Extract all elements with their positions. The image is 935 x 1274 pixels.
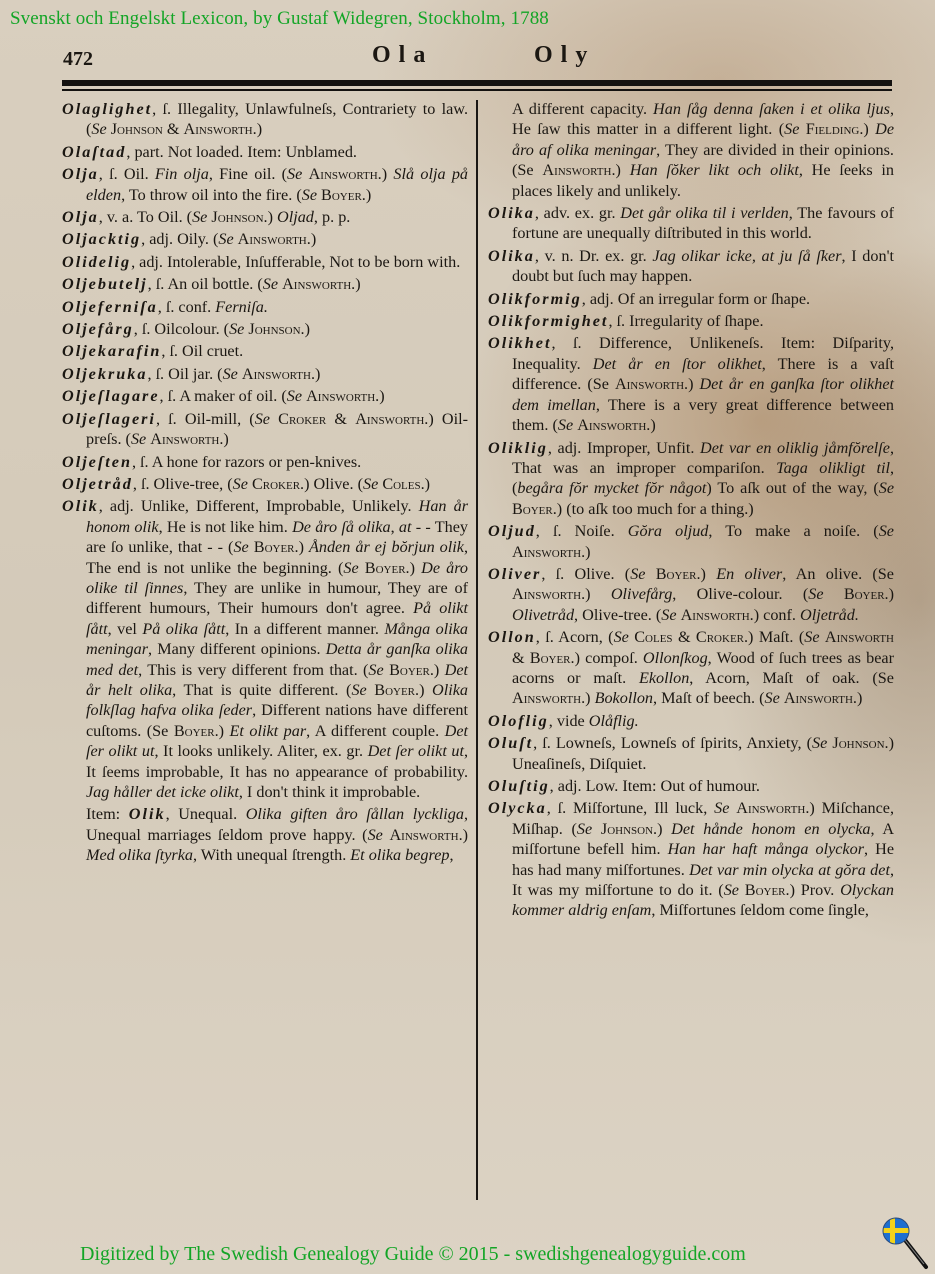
definition-text: , adj. Unlike, Different, Improbable, Un…	[99, 497, 419, 515]
definition-text: , This is very different from that. (	[138, 661, 368, 679]
headword: Olik	[62, 497, 99, 515]
definition-text: , That is quite different. (	[172, 681, 351, 699]
swedish-example: Taga olikligt til	[776, 459, 890, 477]
swedish-example: Se	[577, 820, 592, 838]
definition-text: , adj. Low. Item: Out of humour.	[550, 777, 760, 795]
definition-text: , p. p.	[314, 208, 350, 226]
swedish-example: Se	[368, 661, 383, 679]
dictionary-entry: Oljekruka, ſ. Oil jar. (Se Ainsworth.)	[62, 364, 468, 384]
swedish-example: Se	[229, 320, 244, 338]
source-reference: Boyer.	[512, 500, 557, 518]
swedish-example: Se	[765, 689, 780, 707]
definition-text: , adj. Oily. (	[141, 230, 218, 248]
swedish-example: Se	[714, 799, 729, 817]
definition-text: &	[673, 628, 696, 646]
source-reference: Boyer.	[389, 661, 434, 679]
definition-text: )	[857, 689, 862, 707]
dictionary-entry: Oljeſten, ſ. A hone for razors or pen-kn…	[62, 452, 468, 472]
definition-text: , An olive. (Se	[782, 565, 894, 583]
swedish-example: Jag olikar icke, at ju ſå ſker	[652, 247, 841, 265]
dictionary-entry: Oliver, ſ. Olive. (Se Boyer.) En oliver,…	[488, 564, 894, 625]
definition-text: )	[701, 565, 717, 583]
definition-text: , adj. Of an irregular form or ſhape.	[582, 290, 810, 308]
swedish-example: Bokollon	[595, 689, 653, 707]
swedish-example: Se	[558, 416, 573, 434]
definition-text	[645, 565, 655, 583]
headword: Olikhet	[488, 334, 551, 352]
swedish-example: Et olikt par	[230, 722, 307, 740]
dictionary-entry: Oljud, ſ. Noiſe. Gŏra oljud, To make a n…	[488, 521, 894, 562]
dictionary-entry: Olikhet, ſ. Difference, Unlikeneſs. Item…	[488, 333, 894, 435]
dictionary-entry: Olja, v. a. To Oil. (Se Johnson.) Oljad,…	[62, 207, 468, 227]
source-reference: Boyer.	[374, 681, 419, 699]
swedish-example: Olåflig.	[589, 712, 639, 730]
swedish-example: Gŏra oljud	[628, 522, 709, 540]
source-reference: Ainsworth.	[512, 543, 585, 561]
running-head: 472 Ola Oly	[0, 42, 935, 76]
source-reference: Boyer.	[844, 585, 889, 603]
definition-text: , vide	[549, 712, 589, 730]
source-reference: Boyer.	[174, 722, 219, 740]
dictionary-entry: Ollon, ſ. Acorn, (Se Coles & Croker.) Ma…	[488, 627, 894, 709]
swedish-flag-magnifier-icon	[880, 1215, 930, 1271]
source-reference: Croker.	[696, 628, 748, 646]
definition-text: )	[650, 416, 655, 434]
definition-text	[592, 820, 601, 838]
swedish-example: Olivefårg	[611, 585, 672, 603]
swedish-example: Det ſer olikt ut	[368, 742, 464, 760]
definition-text: , Acorn, Maſt of oak. (Se	[689, 669, 894, 687]
dictionary-entry: Olidelig, adj. Intolerable, Inſufferable…	[62, 252, 468, 272]
definition-text: ) Prov.	[790, 881, 841, 899]
definition-text: , adv. ex. gr.	[535, 204, 620, 222]
definition-text: , I don't think it improbable.	[239, 783, 420, 801]
definition-text: , ſ. A hone for razors or pen-knives.	[132, 453, 361, 471]
entry-continuation: Item: Olik, Unequal. Olika giften åro ſå…	[62, 804, 468, 865]
swedish-example: Se	[784, 120, 799, 138]
headword: Olja	[62, 165, 99, 183]
definition-text: )	[889, 585, 894, 603]
dictionary-entry: Oljacktig, adj. Oily. (Se Ainsworth.)	[62, 229, 468, 249]
definition-text: )	[585, 689, 594, 707]
headword: Oloflig	[488, 712, 549, 730]
source-reference: Johnson.	[832, 734, 888, 752]
headword: Olidelig	[62, 253, 131, 271]
entry-continuation: A different capacity. Han ſåg denna ſake…	[488, 99, 894, 201]
definition-text: , ſ. Oil jar. (	[147, 365, 222, 383]
definition-text: , Olive-tree. (	[574, 606, 661, 624]
swedish-example: Se	[302, 186, 317, 204]
definition-text: ) Olive. (	[304, 475, 363, 493]
definition-text: , ſ. conf.	[158, 298, 216, 316]
definition-text: )	[419, 681, 432, 699]
definition-text: , ſ. Olive. (	[541, 565, 630, 583]
headword: Oljeferniſa	[62, 298, 158, 316]
source-reference: Coles	[634, 628, 672, 646]
dictionary-entry: Oliklig, adj. Improper, Unfit. Det var e…	[488, 438, 894, 520]
definition-text: )	[257, 120, 262, 138]
swedish-example: Se	[287, 165, 302, 183]
swedish-example: Han ſŏker likt och olikt	[630, 161, 799, 179]
swedish-example: Det år en ſtor olikhet	[593, 355, 762, 373]
headword: Oljeſlageri	[62, 410, 156, 428]
guide-word-right: Oly	[534, 42, 595, 69]
definition-text: &	[512, 649, 530, 667]
source-reference: Ainsworth.	[306, 387, 379, 405]
definition-text: )	[425, 475, 430, 493]
source-reference: Boyer.	[365, 559, 410, 577]
definition-text: , ſ. Oil cruet.	[161, 342, 243, 360]
swedish-example: Se	[661, 606, 676, 624]
dictionary-entry: Oluſt, ſ. Lowneſs, Lowneſs of ſpirits, A…	[488, 733, 894, 774]
source-reference: Johnson.	[601, 820, 657, 838]
headword: Olja	[62, 208, 99, 226]
headword: Olika	[488, 247, 535, 265]
source-reference: Ainsworth	[825, 628, 894, 646]
headword: Olycka	[488, 799, 547, 817]
definition-text: , Fine oil. (	[209, 165, 287, 183]
source-reference: Ainsworth.	[577, 416, 650, 434]
source-reference: Ainsworth.	[681, 606, 754, 624]
swedish-example: Se	[192, 208, 207, 226]
source-reference: Fielding.	[806, 120, 864, 138]
source-reference: Ainsworth.	[355, 410, 428, 428]
definition-text: , Many different opinions.	[148, 640, 326, 658]
swedish-example: Han ſåg denna ſaken i et olika ljus	[653, 100, 890, 118]
definition-text: )	[379, 387, 384, 405]
dictionary-entry: Olika, v. n. Dr. ex. gr. Jag olikar icke…	[488, 246, 894, 287]
definition-text: &	[163, 120, 184, 138]
swedish-example: Se	[218, 230, 233, 248]
swedish-example: Se	[363, 475, 378, 493]
swedish-example: Se	[223, 365, 238, 383]
definition-text	[270, 410, 278, 428]
definition-text: , Miſfortunes ſeldom come ſingle,	[651, 901, 869, 919]
definition-text: , ſ. Oilcolour. (	[134, 320, 229, 338]
definition-text: )	[268, 208, 277, 226]
swedish-example: De åro ſå olika	[292, 518, 391, 536]
source-reference: Ainsworth.	[150, 430, 223, 448]
definition-text: , To throw oil into the fire. (	[121, 186, 302, 204]
definition-text: , v. a. To Oil. (	[99, 208, 192, 226]
swedish-example: Oljetråd.	[800, 606, 859, 624]
swedish-example: Se	[368, 826, 383, 844]
headword: Oljekarafin	[62, 342, 161, 360]
dictionary-entry: Oljebutelj, ſ. An oil bottle. (Se Ainswo…	[62, 274, 468, 294]
swedish-example: Olivetråd	[512, 606, 574, 624]
source-reference: Johnson.	[248, 320, 304, 338]
definition-text: , ſ. Olive-tree, (	[133, 475, 233, 493]
definition-text: , He is not like him.	[159, 518, 292, 536]
definition-text: )	[366, 186, 371, 204]
headword: Olikformighet	[488, 312, 608, 330]
headword: Oljacktig	[62, 230, 141, 248]
source-reference: Ainsworth.	[784, 689, 857, 707]
headword: Olikformig	[488, 290, 582, 308]
definition-text: , ſ. Miſfortune, Ill luck,	[547, 799, 714, 817]
source-reference: Ainsworth.	[242, 365, 315, 383]
swedish-example: Det hånde honom en olycka	[671, 820, 870, 838]
definition-text: )	[382, 165, 394, 183]
definition-text: , ſ. Noiſe.	[536, 522, 628, 540]
definition-text: A different capacity.	[512, 100, 653, 118]
definition-text: , ſ. Lowneſs, Lowneſs of ſpirits, Anxiet…	[533, 734, 812, 752]
dictionary-entry: Oljeferniſa, ſ. conf. Ferniſa.	[62, 297, 468, 317]
swedish-example: Se	[233, 475, 248, 493]
definition-text: Item:	[86, 805, 129, 823]
headword: Oljekruka	[62, 365, 147, 383]
swedish-example: Han har haft många olyckor	[668, 840, 864, 858]
headword: Oljud	[488, 522, 536, 540]
swedish-example: Fin olja	[155, 165, 209, 183]
source-reference: Boyer.	[254, 538, 299, 556]
swedish-example: Se	[804, 628, 819, 646]
guide-word-left: Ola	[372, 42, 433, 69]
definition-text: , ſ. Acorn, (	[536, 628, 614, 646]
digitizer-credit-watermark: Digitized by The Swedish Genealogy Guide…	[80, 1243, 746, 1266]
swedish-example: Se	[343, 559, 358, 577]
headword: Olik	[129, 805, 166, 823]
headword: Oluſt	[488, 734, 533, 752]
definition-text: )	[463, 826, 468, 844]
definition-text: , ſ. A maker of oil. (	[160, 387, 287, 405]
headword: Oliver	[488, 565, 541, 583]
swedish-example: Olika giften åro ſållan lyckliga	[246, 805, 464, 823]
source-reference: Ainsworth.	[542, 161, 615, 179]
swedish-example: Se	[614, 628, 629, 646]
definition-text: , adj. Improper, Unfit.	[548, 439, 700, 457]
definition-text: , It looks unlikely. Aliter, ex. gr.	[154, 742, 367, 760]
swedish-example: Se	[91, 120, 106, 138]
source-reference: Johnson.	[211, 208, 267, 226]
swedish-example: Det var min olycka at gŏra det	[689, 861, 890, 879]
dictionary-entry: Oljekarafin, ſ. Oil cruet.	[62, 341, 468, 361]
swedish-example: at - -	[399, 518, 431, 536]
column-divider	[476, 100, 478, 1200]
headword: Olaſtad	[62, 143, 126, 161]
dictionary-entry: Olaglighet, ſ. Illegality, Unlawfulneſs,…	[62, 99, 468, 140]
right-column: A different capacity. Han ſåg denna ſake…	[488, 99, 894, 923]
headword: Oljefårg	[62, 320, 134, 338]
definition-text: )	[585, 585, 611, 603]
swedish-example: Se	[351, 681, 366, 699]
definition-text: , ſ. Irregularity of ſhape.	[608, 312, 763, 330]
definition-text: ) compoſ.	[575, 649, 643, 667]
definition-text: , With unequal ſtrength.	[193, 846, 350, 864]
dictionary-entry: Olikformighet, ſ. Irregularity of ſhape.	[488, 311, 894, 331]
definition-text: , vel	[108, 620, 143, 638]
headword: Oljeſlagare	[62, 387, 160, 405]
swedish-example: Ollonſkog	[643, 649, 708, 667]
swedish-example: Se	[131, 430, 146, 448]
definition-text: ) (to aſk too much for a thing.)	[557, 500, 754, 518]
swedish-example: Et olika begrep	[350, 846, 449, 864]
page-number: 472	[63, 48, 93, 71]
dictionary-entry: Olja, ſ. Oil. Fin olja, Fine oil. (Se Ai…	[62, 164, 468, 205]
definition-text: ,	[391, 518, 399, 536]
dictionary-entry: Oluſtig, adj. Low. Item: Out of humour.	[488, 776, 894, 796]
swedish-example: På olika ſått	[142, 620, 225, 638]
swedish-example: Se	[287, 387, 302, 405]
swedish-example: Det var en oliklig jåmfŏrelſe	[700, 439, 890, 457]
swedish-example: Ekollon	[639, 669, 689, 687]
source-reference: Ainsworth.	[309, 165, 382, 183]
left-column: Olaglighet, ſ. Illegality, Unlawfulneſs,…	[62, 99, 468, 868]
definition-text: &	[326, 410, 355, 428]
definition-text: )	[355, 275, 360, 293]
headword: Oljebutelj	[62, 275, 148, 293]
headword: Oluſtig	[488, 777, 550, 795]
dictionary-entry: Olycka, ſ. Miſfortune, Ill luck, Se Ains…	[488, 798, 894, 920]
source-reference: Croker.	[252, 475, 304, 493]
definition-text: , A different couple.	[306, 722, 445, 740]
definition-text: )	[410, 559, 422, 577]
headword: Oljeſten	[62, 453, 132, 471]
source-reference: Johnson	[111, 120, 163, 138]
swedish-example: Oljad	[277, 208, 314, 226]
definition-text: , ſ. Oil-mill, (	[156, 410, 255, 428]
definition-text: , In a different manner.	[225, 620, 384, 638]
source-reference: Ainsworth.	[238, 230, 311, 248]
definition-text: ) To aſk out of the way, (	[706, 479, 878, 497]
source-reference: Ainsworth.	[615, 375, 688, 393]
source-reference: Boyer.	[530, 649, 575, 667]
headword: Oljetråd	[62, 475, 133, 493]
definition-text: , To make a noiſe. (	[708, 522, 878, 540]
definition-text: )	[223, 430, 228, 448]
definition-text: )	[305, 320, 310, 338]
swedish-example: En oliver	[716, 565, 782, 583]
definition-text: ) Maſt. (	[748, 628, 804, 646]
swedish-example: Se	[263, 275, 278, 293]
swedish-example: Se	[233, 538, 248, 556]
source-reference: Croker	[278, 410, 326, 428]
swedish-example: Ånden år ej bŏrjun olik	[309, 538, 464, 556]
headword: Olika	[488, 204, 535, 222]
source-reference: Ainsworth.	[736, 799, 809, 817]
dictionary-entry: Oljeſlageri, ſ. Oil-mill, (Se Croker & A…	[62, 409, 468, 450]
definition-text: , v. n. Dr. ex. gr.	[535, 247, 653, 265]
headword: Oliklig	[488, 439, 548, 457]
source-reference: Ainsworth.	[512, 585, 585, 603]
swedish-example: Se	[724, 881, 739, 899]
definition-text: , part. Not loaded. Item: Unblamed.	[126, 143, 357, 161]
definition-text: , Unequal.	[166, 805, 246, 823]
definition-text: , Olive-colour. (	[672, 585, 808, 603]
definition-text: )	[863, 120, 875, 138]
source-title-watermark: Svenskt och Engelskt Lexicon, by Gustaf …	[10, 8, 549, 30]
headword: Ollon	[488, 628, 536, 646]
dictionary-entry: Oljefårg, ſ. Oilcolour. (Se Johnson.)	[62, 319, 468, 339]
swedish-example: Det går olika til i verlden	[620, 204, 789, 222]
definition-text: )	[657, 820, 671, 838]
definition-text: )	[616, 161, 630, 179]
dictionary-entry: Olikformig, adj. Of an irregular form or…	[488, 289, 894, 309]
swedish-example: Se	[630, 565, 645, 583]
definition-text: )	[315, 365, 320, 383]
definition-text: )	[434, 661, 445, 679]
definition-text: , Maſt of beech. (	[653, 689, 764, 707]
swedish-example: Se	[879, 522, 894, 540]
definition-text: )	[219, 722, 230, 740]
swedish-example: Ferniſa.	[215, 298, 268, 316]
definition-text: )	[311, 230, 316, 248]
definition-text	[824, 585, 844, 603]
definition-text: ,	[450, 846, 454, 864]
dictionary-entry: Oljetråd, ſ. Olive-tree, (Se Croker.) Ol…	[62, 474, 468, 494]
swedish-example: Jag håller det icke olikt	[86, 783, 239, 801]
dictionary-entry: Olika, adv. ex. gr. Det går olika til i …	[488, 203, 894, 244]
source-reference: Boyer.	[656, 565, 701, 583]
swedish-example: Se	[879, 479, 894, 497]
dictionary-entry: Olaſtad, part. Not loaded. Item: Unblame…	[62, 142, 468, 162]
definition-text: , adj. Intolerable, Inſufferable, Not to…	[131, 253, 460, 271]
swedish-example: Se	[808, 585, 823, 603]
definition-text: , ſ. Oil.	[99, 165, 155, 183]
source-reference: Ainsworth.	[389, 826, 462, 844]
swedish-example: Med olika ſtyrka	[86, 846, 193, 864]
source-reference: Ainsworth.	[512, 689, 585, 707]
swedish-example: begåra fŏr mycket fŏr något	[517, 479, 706, 497]
source-reference: Ainsworth.	[282, 275, 355, 293]
source-reference: Boyer.	[745, 881, 790, 899]
swedish-example: Se	[812, 734, 827, 752]
source-reference: Ainsworth.	[184, 120, 257, 138]
source-reference: Coles.	[382, 475, 424, 493]
dictionary-entry: Oljeſlagare, ſ. A maker of oil. (Se Ains…	[62, 386, 468, 406]
definition-text: )	[688, 375, 699, 393]
dictionary-entry: Oloflig, vide Olåflig.	[488, 711, 894, 731]
headword: Olaglighet	[62, 100, 152, 118]
header-double-rule	[62, 80, 892, 91]
definition-text: ) conf.	[754, 606, 800, 624]
definition-text: , ſ. An oil bottle. (	[148, 275, 263, 293]
dictionary-entry: Olik, adj. Unlike, Different, Improbable…	[62, 496, 468, 802]
source-reference: Boyer.	[321, 186, 366, 204]
swedish-example: Se	[255, 410, 270, 428]
definition-text: )	[585, 543, 590, 561]
definition-text: )	[299, 538, 309, 556]
